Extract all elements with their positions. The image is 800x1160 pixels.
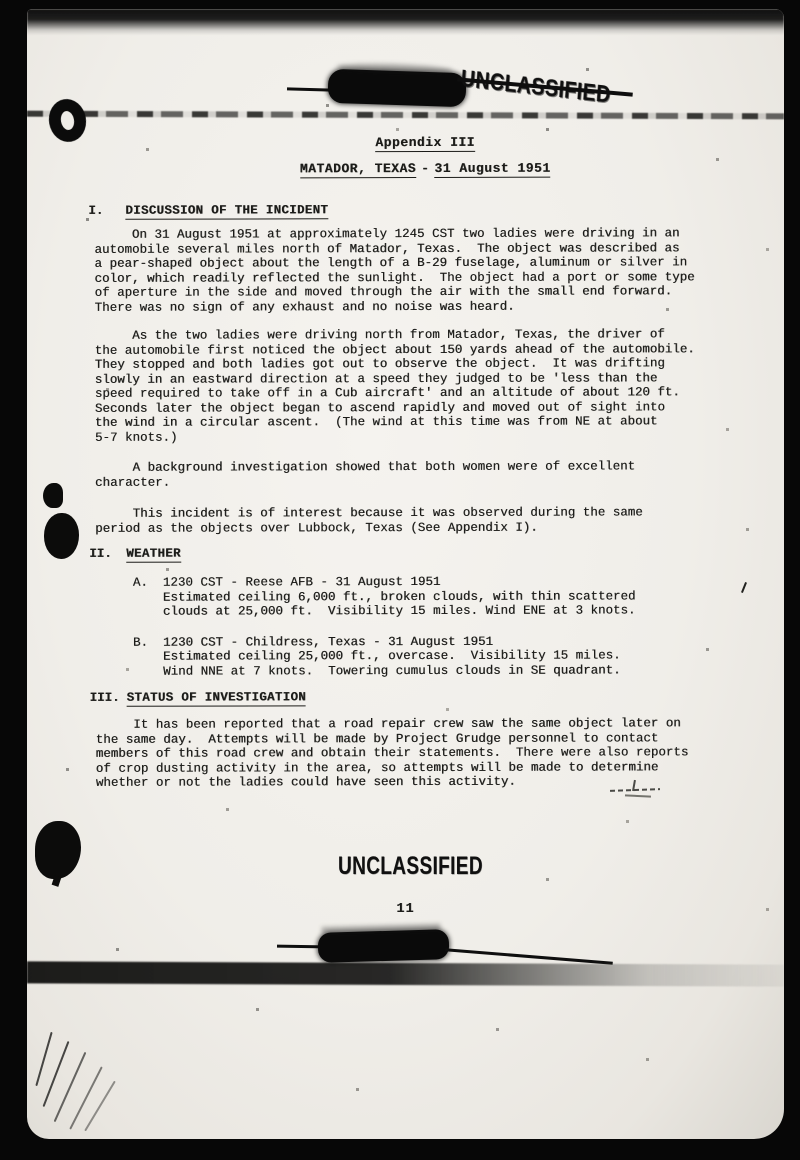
section-heading-discussion: I.DISCUSSION OF THE INCIDENT	[88, 202, 756, 218]
document-body: Appendix III MATADOR, TEXAS-31 August 19…	[94, 134, 758, 790]
paragraph: It has been reported that a road repair …	[96, 716, 758, 790]
section-heading-status: III.STATUS OF INVESTIGATION	[90, 689, 758, 705]
scan-edge-band-top	[27, 9, 784, 35]
pencil-mark	[625, 794, 651, 797]
ink-blob	[44, 513, 79, 559]
weather-item-b: B. 1230 CST - Childress, Texas - 31 Augu…	[95, 634, 757, 679]
scan-edge-band-bottom	[27, 961, 784, 986]
scan-noise	[27, 9, 28, 10]
section-numeral: II.	[89, 547, 126, 561]
section-heading-weather: II.WEATHER	[89, 545, 757, 561]
punch-hole-mark	[46, 96, 90, 145]
section-numeral: III.	[90, 691, 127, 705]
paragraph: As the two ladies were driving north fro…	[95, 327, 757, 445]
section-numeral: I.	[88, 204, 125, 218]
redaction-line	[287, 87, 332, 91]
paragraph: A background investigation showed that b…	[95, 459, 757, 490]
scan-noise-streak	[27, 111, 784, 120]
section-title: DISCUSSION OF THE INCIDENT	[125, 203, 328, 220]
appendix-title: Appendix III	[94, 134, 756, 151]
paragraph: On 31 August 1951 at approximately 1245 …	[94, 226, 756, 315]
pencil-mark	[610, 788, 660, 792]
ink-blob	[43, 483, 63, 508]
redaction-line	[445, 948, 613, 964]
document-subtitle: MATADOR, TEXAS-31 August 1951	[94, 160, 756, 177]
subtitle-separator: -	[416, 161, 434, 176]
subtitle-date: 31 August 1951	[434, 161, 550, 178]
ink-blob	[35, 821, 81, 879]
appendix-title-text: Appendix III	[375, 135, 475, 152]
page-number: 11	[27, 902, 784, 917]
section-title: WEATHER	[126, 547, 181, 563]
redaction-bar-bottom	[318, 929, 450, 963]
paragraph: This incident is of interest because it …	[95, 505, 757, 536]
subtitle-place: MATADOR, TEXAS	[300, 161, 416, 178]
scanned-page: UNCLASSIFIED Appendix III MATADOR, TEXAS…	[27, 9, 784, 1139]
scratch-mark	[35, 1032, 52, 1086]
unclassified-stamp-bottom: UNCLASSIFIED	[338, 852, 483, 881]
redaction-bar-top	[328, 69, 467, 107]
section-title: STATUS OF INVESTIGATION	[127, 690, 306, 706]
weather-item-a: A. 1230 CST - Reese AFB - 31 August 1951…	[95, 574, 757, 619]
